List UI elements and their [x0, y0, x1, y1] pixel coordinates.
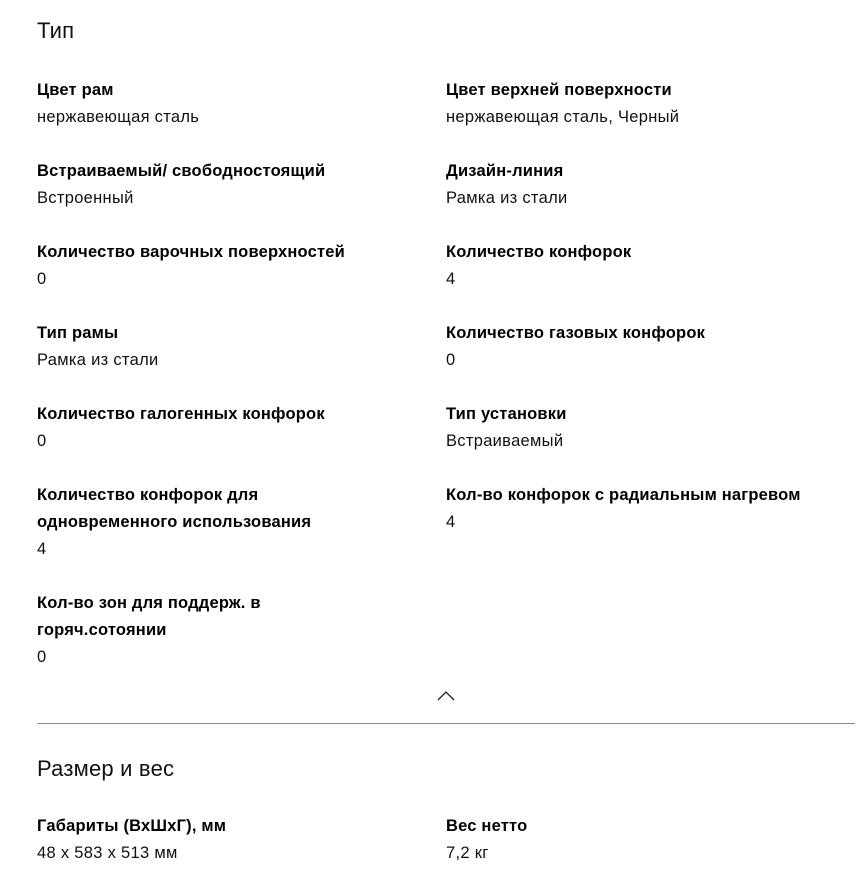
- section-divider: [37, 723, 855, 724]
- spec-item: Встраиваемый/ свободностоящий Встроенный: [37, 158, 437, 212]
- spec-item: Количество варочных поверхностей 0: [37, 239, 437, 293]
- section-title-type: Тип: [37, 18, 855, 44]
- section-size-weight: Размер и вес: [37, 756, 855, 782]
- spec-label: Количество конфорок: [446, 239, 846, 266]
- spec-label: Тип установки: [446, 401, 846, 428]
- spec-label: Количество галогенных конфорок: [37, 401, 437, 428]
- spec-value: 0: [37, 266, 437, 293]
- spec-item: Количество конфорок для одновременного и…: [37, 482, 367, 563]
- section-title-size-weight: Размер и вес: [37, 756, 855, 782]
- spec-label: Количество газовых конфорок: [446, 320, 846, 347]
- spec-value: 4: [446, 266, 846, 293]
- collapse-chevron-up-icon[interactable]: [437, 689, 455, 701]
- spec-value: Рамка из стали: [446, 185, 846, 212]
- spec-value: 4: [446, 509, 856, 536]
- spec-value: 0: [37, 428, 437, 455]
- spec-value: 0: [446, 347, 846, 374]
- spec-item: Дизайн-линия Рамка из стали: [446, 158, 846, 212]
- spec-label: Дизайн-линия: [446, 158, 846, 185]
- spec-item: Цвет рам нержавеющая сталь: [37, 77, 437, 131]
- spec-value: 7,2 кг: [446, 840, 846, 867]
- spec-label: Тип рамы: [37, 320, 437, 347]
- spec-label: Кол-во зон для поддерж. в горяч.сотоянии: [37, 590, 297, 644]
- spec-item: Тип установки Встраиваемый: [446, 401, 846, 455]
- spec-label: Количество конфорок для одновременного и…: [37, 482, 367, 536]
- spec-label: Цвет рам: [37, 77, 437, 104]
- spec-label: Цвет верхней поверхности: [446, 77, 846, 104]
- spec-item: Количество галогенных конфорок 0: [37, 401, 437, 455]
- section-type: Тип: [37, 18, 855, 44]
- spec-label: Габариты (ВхШхГ), мм: [37, 813, 437, 840]
- spec-item: Количество газовых конфорок 0: [446, 320, 846, 374]
- spec-value: Встраиваемый: [446, 428, 846, 455]
- spec-item: Вес нетто 7,2 кг: [446, 813, 846, 867]
- spec-item: Кол-во конфорок с радиальным нагревом 4: [446, 482, 856, 536]
- spec-item: Тип рамы Рамка из стали: [37, 320, 437, 374]
- spec-item: Цвет верхней поверхности нержавеющая ста…: [446, 77, 846, 131]
- spec-value: нержавеющая сталь: [37, 104, 437, 131]
- spec-item: Кол-во зон для поддерж. в горяч.сотоянии…: [37, 590, 297, 671]
- spec-label: Вес нетто: [446, 813, 846, 840]
- spec-label: Кол-во конфорок с радиальным нагревом: [446, 482, 856, 509]
- spec-label: Количество варочных поверхностей: [37, 239, 437, 266]
- spec-value: Рамка из стали: [37, 347, 437, 374]
- spec-value: нержавеющая сталь, Черный: [446, 104, 846, 131]
- spec-item: Габариты (ВхШхГ), мм 48 x 583 x 513 мм: [37, 813, 437, 867]
- spec-value: Встроенный: [37, 185, 437, 212]
- spec-value: 4: [37, 536, 367, 563]
- spec-label: Встраиваемый/ свободностоящий: [37, 158, 437, 185]
- spec-value: 48 x 583 x 513 мм: [37, 840, 437, 867]
- spec-value: 0: [37, 644, 297, 671]
- spec-item: Количество конфорок 4: [446, 239, 846, 293]
